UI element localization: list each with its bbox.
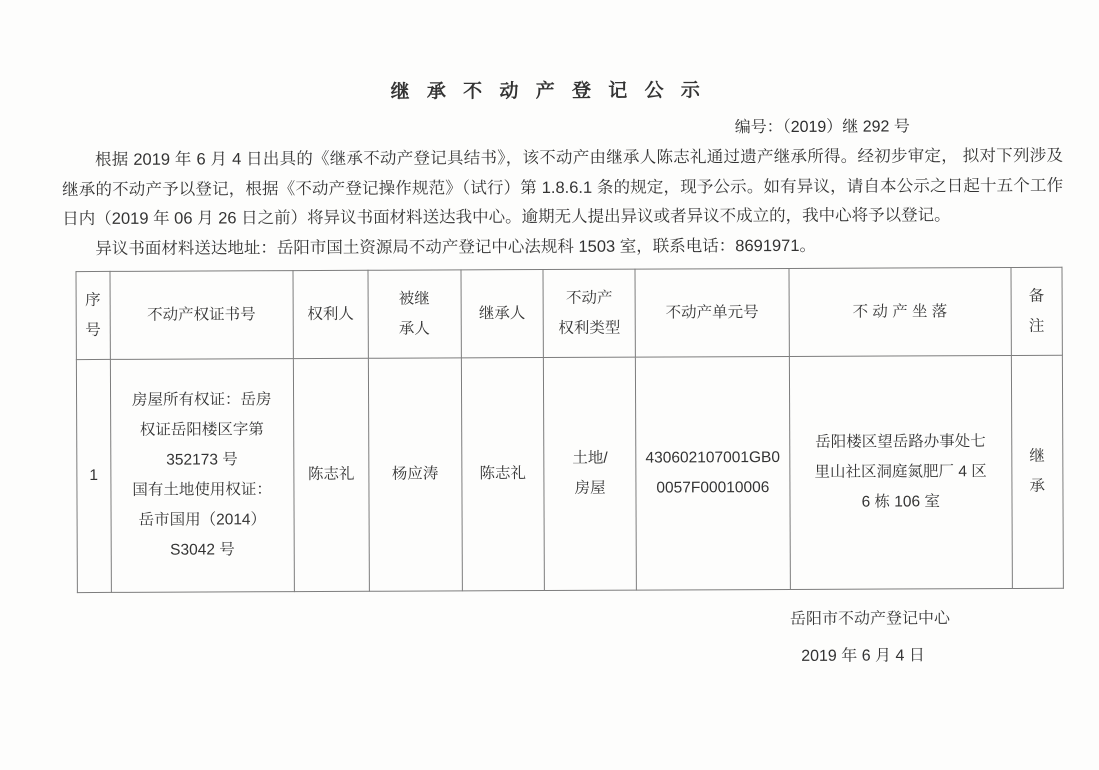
cell-seq: 1 xyxy=(76,359,111,592)
cell-holder: 陈志礼 xyxy=(293,358,369,591)
cell-heir: 陈志礼 xyxy=(461,358,545,591)
registration-table: 序 号 不动产权证书号 权利人 被继 承人 继承人 不动产 权利类型 不动产单元… xyxy=(75,267,1063,593)
header-unit-no: 不动产单元号 xyxy=(635,268,789,357)
cell-right-type: 土地/ 房屋 xyxy=(544,357,637,590)
notice-paragraph-address: 异议书面材料送达地址：岳阳市国土资源局不动产登记中心法规科 1503 室，联系电… xyxy=(62,230,1063,264)
header-right-type: 不动产 权利类型 xyxy=(543,269,635,357)
issuing-organization: 岳阳市不动产登记中心 xyxy=(1,605,1099,633)
notice-body: 根据 2019 年 6 月 4 日出具的《继承不动产登记具结书》，该不动产由继承… xyxy=(62,142,1064,264)
header-cert-no: 不动产权证书号 xyxy=(110,271,294,360)
document-title: 继 承 不 动 产 登 记 公 示 xyxy=(0,74,1098,106)
cell-remark: 继 承 xyxy=(1011,355,1063,588)
header-heir: 继承人 xyxy=(460,270,543,358)
table-header-row: 序 号 不动产权证书号 权利人 被继 承人 继承人 不动产 权利类型 不动产单元… xyxy=(76,267,1062,359)
cell-location: 岳阳楼区望岳路办事处七 里山社区洞庭氮肥厂 4 区 6 栋 106 室 xyxy=(789,355,1012,589)
notice-paragraph-main: 根据 2019 年 6 月 4 日出具的《继承不动产登记具结书》，该不动产由继承… xyxy=(62,142,1063,235)
cell-decedent: 杨应涛 xyxy=(368,358,462,591)
document-sheet: 继 承 不 动 产 登 记 公 示 编号：（2019）继 292 号 根据 20… xyxy=(0,0,1099,770)
scanned-notice-page: 继 承 不 动 产 登 记 公 示 编号：（2019）继 292 号 根据 20… xyxy=(0,0,1099,770)
cell-cert-no: 房屋所有权证：岳房 权证岳阳楼区字第 352173 号 国有土地使用权证： 岳市… xyxy=(110,359,294,593)
table-row: 1 房屋所有权证：岳房 权证岳阳楼区字第 352173 号 国有土地使用权证： … xyxy=(76,355,1063,592)
cell-unit-no: 430602107001GB0 0057F00010006 xyxy=(635,356,790,590)
header-seq: 序 号 xyxy=(76,271,110,359)
header-location: 不 动 产 坐 落 xyxy=(789,267,1011,356)
document-number: 编号：（2019）继 292 号 xyxy=(0,113,1098,141)
header-decedent: 被继 承人 xyxy=(368,270,461,358)
issue-date: 2019 年 6 月 4 日 xyxy=(1,642,1099,670)
header-remark: 备 注 xyxy=(1011,267,1063,355)
header-holder: 权利人 xyxy=(293,270,368,358)
